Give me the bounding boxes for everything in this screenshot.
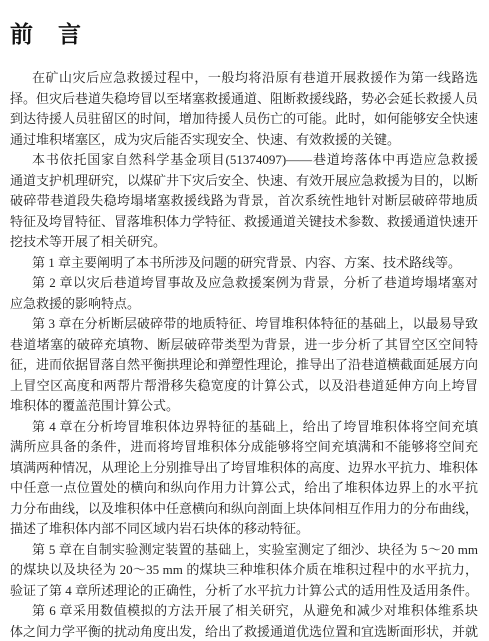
text-line: 挖技术等开展了相关研究。 (10, 232, 478, 253)
paragraph: 第 5 章在自制实验测定装置的基础上，实验室测定了细沙、块径为 5～20 mm的… (10, 540, 478, 602)
text-line: 第 6 章采用数值模拟的方法开展了相关研究，从避免和减少对堆积体维系块 (10, 601, 478, 622)
text-line: 中任意一点位置处的横向和纵向作用力计算公式，给出了堆积体边界上的水平抗 (10, 478, 478, 499)
text-line: 的煤块以及块径为 20～35 mm 的煤块三种堆积体介质在堆积过程中的水平抗力， (10, 560, 478, 581)
text-line: 上冒空区高度和两帮片帮滑移失稳宽度的计算公式，以及沿巷道延伸方向上垮冒 (10, 376, 478, 397)
text-line: 第 3 章在分析断层破碎带的地质特征、垮冒堆积体特征的基础上，以最易导致 (10, 314, 478, 335)
text-line: 在矿山灾后应急救援过程中，一般均将沿原有巷道开展救援作为第一线路选 (10, 68, 478, 89)
text-line: 巷道堵塞的破碎充填物、断层破碎带类型为背景，进一步分析了其冒空区空间特 (10, 335, 478, 356)
text-line: 择。但灾后巷道失稳垮冒以至堵塞救援通道、阻断救援线路，势必会延长救援人员 (10, 89, 478, 110)
paragraph: 第 4 章在分析垮冒堆积体边界特征的基础上，给出了垮冒堆积体将空间充填满所应具备… (10, 417, 478, 540)
paragraph: 第 3 章在分析断层破碎带的地质特征、垮冒堆积体特征的基础上，以最易导致巷道堵塞… (10, 314, 478, 417)
text-line: 应急救援的影响特点。 (10, 294, 478, 315)
text-line: 满所应具备的条件，进而将垮冒堆积体分成能够将空间充填满和不能够将空间充 (10, 437, 478, 458)
text-line: 通过堆积堵塞区，成为灾后能否实现安全、快速、有效救援的关键。 (10, 130, 478, 151)
paragraph: 第 2 章以灾后巷道垮冒事故及应急救援案例为背景，分析了巷道垮塌堵塞对应急救援的… (10, 273, 478, 314)
text-line: 验证了第 4 章所述理论的正确性，分析了水平抗力计算公式的适用性及适用条件。 (10, 581, 478, 602)
text-line: 第 1 章主要阐明了本书所涉及问题的研究背景、内容、方案、技术路线等。 (10, 253, 478, 274)
page-title: 前 言 (10, 16, 82, 49)
text-line: 堆积体的覆盖范围计算公式。 (10, 396, 478, 417)
text-line: 破碎带巷道段失稳垮塌堵塞救援线路为背景，首次系统性地针对断层破碎带地质 (10, 191, 478, 212)
text-line: 第 4 章在分析垮冒堆积体边界特征的基础上，给出了垮冒堆积体将空间充填 (10, 417, 478, 438)
text-line: 填满两种情况，从理论上分别推导出了垮冒堆积体的高度、边界水平抗力、堆积体 (10, 458, 478, 479)
paragraph: 本书依托国家自然科学基金项目(51374097)——巷道垮落体中再造应急救援通道… (10, 150, 478, 253)
preface-page: 前 言 在矿山灾后应急救援过程中，一般均将沿原有巷道开展救援作为第一线路选择。但… (0, 0, 489, 641)
text-line: 第 5 章在自制实验测定装置的基础上，实验室测定了细沙、块径为 5～20 mm (10, 540, 478, 561)
text-line: 通道支护机理研究，以煤矿井下灾后安全、快速、有效开展应急救援为目的，以断层 (10, 171, 478, 192)
text-line: 征，进而依据冒落自然平衡拱理论和弹塑性理论，推导出了沿巷道横截面延展方向 (10, 355, 478, 376)
text-line: 到达待援人员驻留区的时间，增加待援人员伤亡的可能。此时，如何能够安全快速 (10, 109, 478, 130)
text-line: 本书依托国家自然科学基金项目(51374097)——巷道垮落体中再造应急救援 (10, 150, 478, 171)
paragraph: 在矿山灾后应急救援过程中，一般均将沿原有巷道开展救援作为第一线路选择。但灾后巷道… (10, 68, 478, 150)
preface-body: 在矿山灾后应急救援过程中，一般均将沿原有巷道开展救援作为第一线路选择。但灾后巷道… (10, 68, 478, 641)
text-line: 描述了堆积体内部不同区域内岩石块体的移动特征。 (10, 519, 478, 540)
text-line: 力分布曲线，以及堆积体中任意横向和纵向剖面上块体间相互作用力的分布曲线， (10, 499, 478, 520)
text-line: 特征及垮冒特征、冒落堆积体力学特征、救援通道关键技术参数、救援通道快速开 (10, 212, 478, 233)
text-line: 体之间力学平衡的扰动角度出发，给出了救援通道优选位置和宜选断面形状，并就 (10, 622, 478, 641)
paragraph: 第 6 章采用数值模拟的方法开展了相关研究，从避免和减少对堆积体维系块体之间力学… (10, 601, 478, 641)
text-line: 第 2 章以灾后巷道垮冒事故及应急救援案例为背景，分析了巷道垮塌堵塞对 (10, 273, 478, 294)
paragraph: 第 1 章主要阐明了本书所涉及问题的研究背景、内容、方案、技术路线等。 (10, 253, 478, 274)
